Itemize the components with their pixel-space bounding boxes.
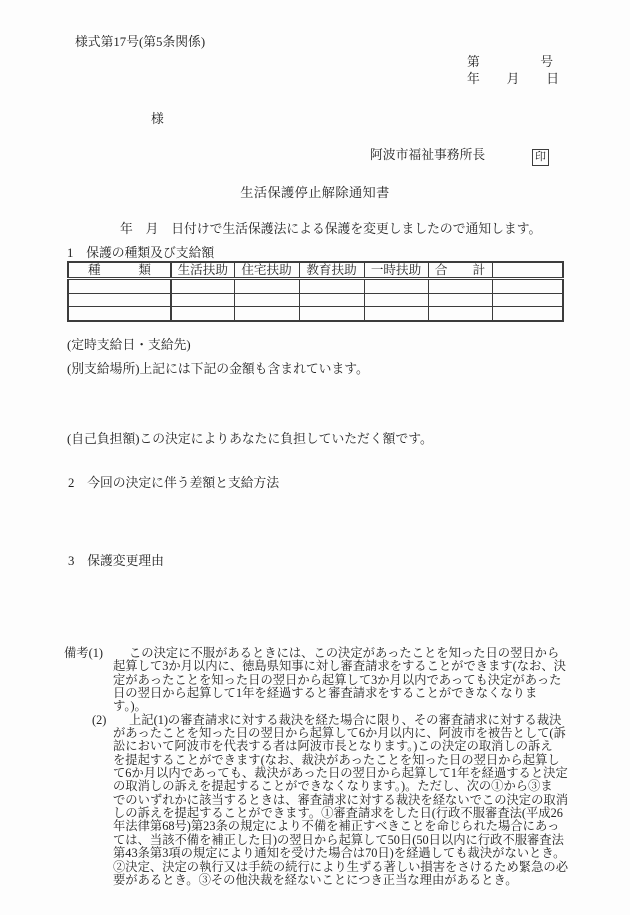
col-header-education-aid: 教育扶助 [299,262,364,279]
remarks-block: 備考(1) この決定に不服があるときには、この決定があったことを知った日の翌日か… [64,647,569,887]
col-header-housing-aid: 住宅扶助 [234,262,299,279]
table-cell-empty [68,293,171,307]
doc-number-suffix: 号 [540,55,553,71]
note-separate-payment-place: (別支給場所)上記には下記の金額も含まれています。 [67,362,369,378]
section3-heading: 3 保護変更理由 [68,554,164,570]
col-header-type: 種 類 [68,262,171,279]
remark-1-line: す。)。 [64,700,569,713]
table-row [68,279,563,294]
note-self-pay-amount: (自己負担額)この決定によりあなたに負担していただく額です。 [67,432,433,448]
table-cell-empty [364,307,428,321]
table-cell-empty [428,293,492,307]
remark-2-line: 第43条第3項の規定により通知を受けた場合は70日)を経過しても裁決がないとき。 [64,847,569,860]
col-header-temporary-aid: 一時扶助 [364,262,428,279]
col-header-total: 合 計 [428,262,492,279]
table-cell-empty [68,307,171,321]
table-row [68,293,563,307]
remark-2-line: 要があるとき。③その他決裁を経ないことにつき正当な理由があるとき。 [64,874,569,887]
table-cell-empty [299,307,364,321]
remark-text: 上記(1)の審査請求に対する裁決を経た場合に限り、その審査請求に対する裁決 [129,713,561,727]
section1-heading: 1 保護の種類及び支給額 [67,246,214,262]
addressee-honorific: 様 [151,112,164,128]
document-title: 生活保護停止解除通知書 [0,185,630,202]
table-header-row: 種 類 生活扶助 住宅扶助 教育扶助 一時扶助 合 計 [68,262,563,279]
benefits-table: 種 類 生活扶助 住宅扶助 教育扶助 一時扶助 合 計 [67,261,564,322]
date-line: 年 月 日 [467,72,559,88]
remark-2-line: ②決定、決定の執行又は手続の続行により生ずる著しい損害をさけるため緊急の必 [64,861,569,874]
date-year-label: 年 [467,72,480,88]
table-cell-empty [428,279,492,294]
table-cell-empty [234,307,299,321]
seal-character: 印 [535,152,546,163]
table-cell-empty [299,293,364,307]
table-cell-empty [492,279,563,294]
issuer-name: 阿波市福祉事務所長 [370,148,485,164]
table-cell-empty [234,293,299,307]
remark-1-line: 日の翌日から起算して1年を経過すると審査請求をすることができなくなりま [64,687,569,700]
remark-1-label: 備考(1) [64,647,103,660]
remark-text: この決定に不服があるときには、この決定があったことを知った日の翌日から [129,646,559,660]
table-cell-empty [364,279,428,294]
doc-number-prefix: 第 [467,55,480,71]
table-cell-empty [234,279,299,294]
col-header-blank [492,262,563,279]
table-cell-empty [492,293,563,307]
remark-2-line: の取消しの訴えを提起することができなくなります。)。ただし、次の①から③ま [64,780,569,793]
table-cell-empty [171,279,234,294]
date-month-label: 月 [507,72,520,88]
table-cell-empty [364,293,428,307]
table-cell-empty [299,279,364,294]
date-day-label: 日 [546,72,559,88]
remark-1-line: 起算して3か月以内に、徳島県知事に対し審査請求をすることができます(なお、決 [64,660,569,673]
remark-2-label: (2) [92,714,106,727]
remark-2-line: 年法律第68号)第23条の規定により不備を補正すべきことを命じられた場合にあっ [64,820,569,833]
intro-text: 年 月 日付けで生活保護法による保護を変更しましたので通知します。 [120,222,541,238]
remark-2-line: 訟において阿波市を代表する者は阿波市長となります。)この決定の取消しの訴え [64,740,569,753]
section2-heading: 2 今回の決定に伴う差額と支給方法 [68,476,279,492]
table-cell-empty [68,279,171,294]
table-cell-empty [171,307,234,321]
table-cell-empty [171,293,234,307]
document-number-line: 第 号 [467,55,553,71]
table-cell-empty [428,307,492,321]
document-page: 様式第17号(第5条関係) 第 号 年 月 日 様 阿波市福祉事務所長 印 生活… [0,0,630,915]
seal-box: 印 [532,149,549,166]
note-scheduled-payment: (定時支給日・支給先) [67,338,191,354]
table-row [68,307,563,321]
col-header-livelihood-aid: 生活扶助 [171,262,234,279]
table-cell-empty [492,307,563,321]
form-number: 様式第17号(第5条関係) [75,35,205,51]
